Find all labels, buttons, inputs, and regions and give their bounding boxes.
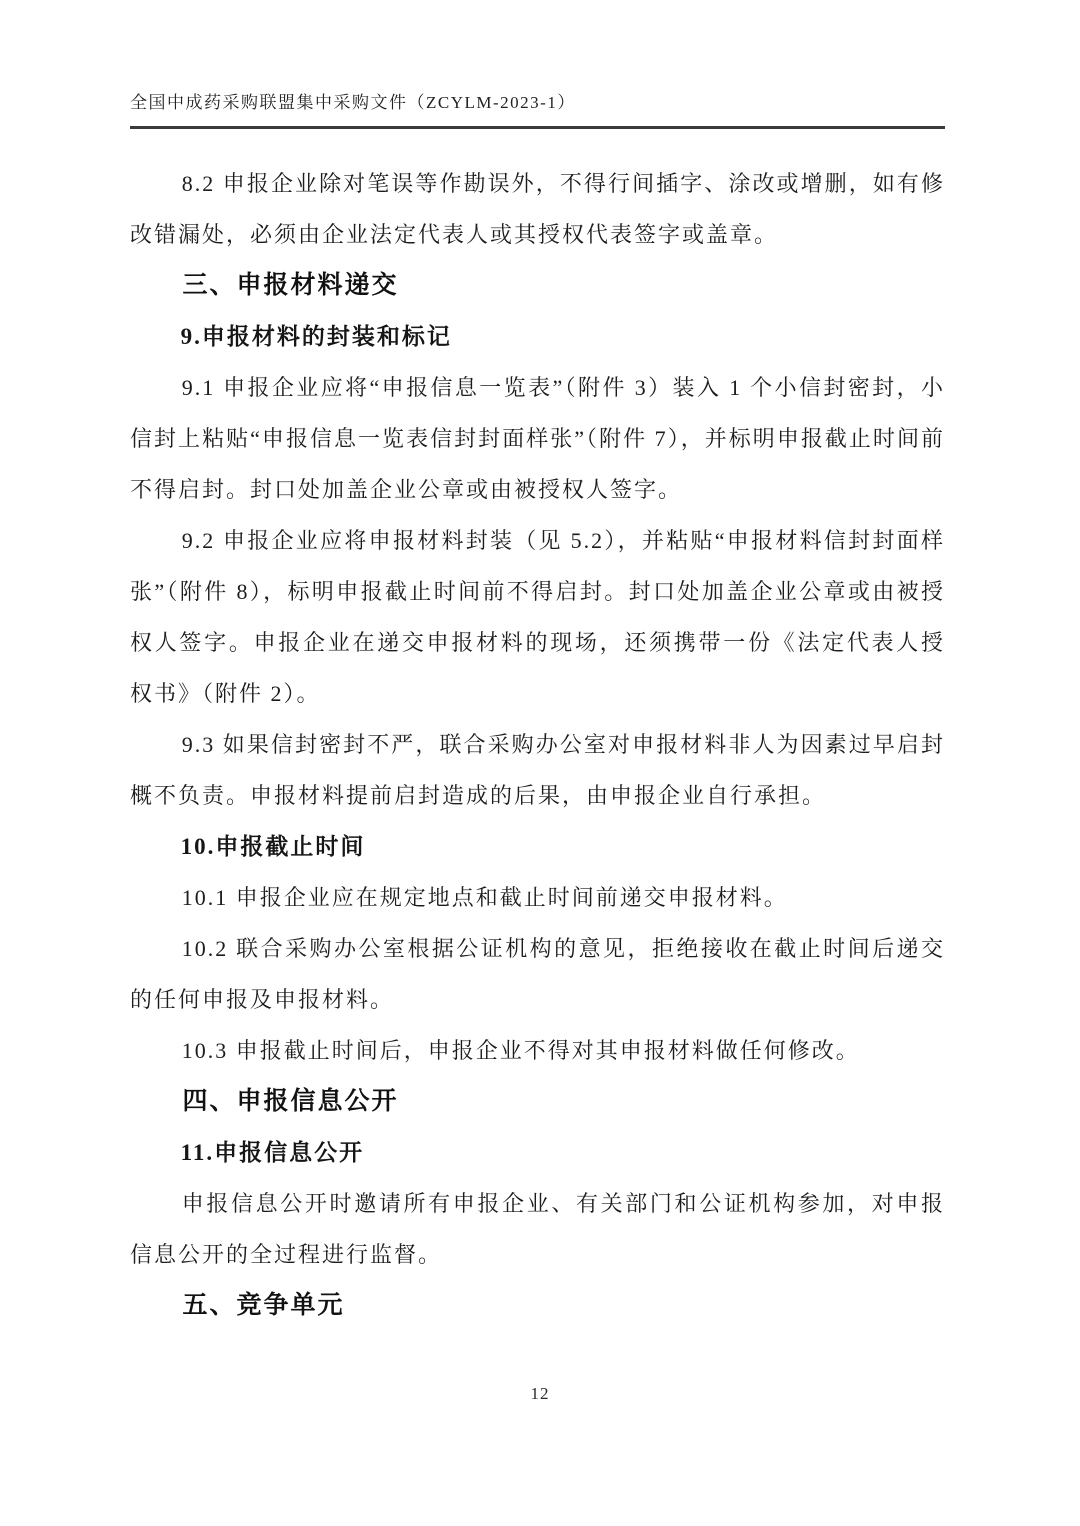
paragraph-9-1: 9.1 申报企业应将“申报信息一览表”（附件 3）装入 1 个小信封密封，小信封… <box>130 362 945 515</box>
header-title: 全国中成药采购联盟集中采购文件（ZCYLM-2023-1） <box>130 92 945 114</box>
section-heading-3: 三、申报材料递交 <box>130 260 945 311</box>
page-footer: 12 <box>0 1384 1080 1404</box>
paragraph-10-3: 10.3 申报截止时间后，申报企业不得对其申报材料做任何修改。 <box>130 1025 945 1076</box>
paragraph-11: 申报信息公开时邀请所有申报企业、有关部门和公证机构参加，对申报信息公开的全过程进… <box>130 1178 945 1280</box>
paragraph-10-2: 10.2 联合采购办公室根据公证机构的意见，拒绝接收在截止时间后递交的任何申报及… <box>130 923 945 1025</box>
paragraph-8-2: 8.2 申报企业除对笔误等作勘误外，不得行间插字、涂改或增删，如有修改错漏处，必… <box>130 158 945 260</box>
page-header: 全国中成药采购联盟集中采购文件（ZCYLM-2023-1） <box>0 0 1080 114</box>
document-page: 全国中成药采购联盟集中采购文件（ZCYLM-2023-1） 8.2 申报企业除对… <box>0 0 1080 1526</box>
subsection-heading-9: 9.申报材料的封装和标记 <box>130 311 945 362</box>
document-body: 8.2 申报企业除对笔误等作勘误外，不得行间插字、涂改或增删，如有修改错漏处，必… <box>130 158 945 1331</box>
header-divider <box>130 126 945 129</box>
subsection-heading-11: 11.申报信息公开 <box>130 1127 945 1178</box>
paragraph-9-2: 9.2 申报企业应将申报材料封装（见 5.2），并粘贴“申报材料信封封面样张”（… <box>130 515 945 719</box>
paragraph-10-1: 10.1 申报企业应在规定地点和截止时间前递交申报材料。 <box>130 872 945 923</box>
subsection-heading-10: 10.申报截止时间 <box>130 821 945 872</box>
page-number: 12 <box>531 1384 550 1403</box>
paragraph-9-3: 9.3 如果信封密封不严，联合采购办公室对申报材料非人为因素过早启封概不负责。申… <box>130 719 945 821</box>
section-heading-4: 四、申报信息公开 <box>130 1076 945 1127</box>
section-heading-5: 五、竞争单元 <box>130 1280 945 1331</box>
